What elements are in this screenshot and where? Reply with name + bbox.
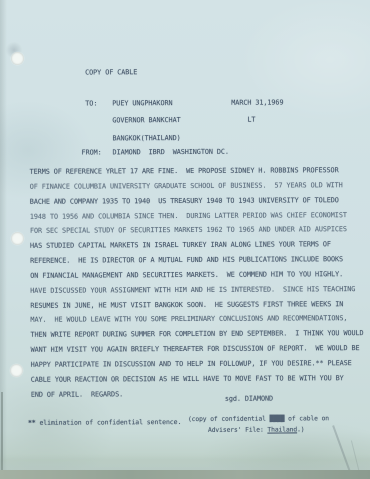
footnote-paren-line1: (copy of confidential ████ of cable on	[188, 415, 329, 424]
cable-body-line: OF FINANCE COLUMBIA UNIVERSITY GRADUATE …	[30, 178, 363, 195]
cable-body: TERMS OF REFERENCE YRLET 17 ARE FINE. WE…	[30, 163, 364, 402]
to-address-line: BANGKOK(THAILAND)	[112, 130, 180, 148]
cable-body-line: 1948 TO 1956 AND COLUMBIA SINCE THEN. DU…	[30, 208, 363, 225]
signature: sgd. DIAMOND	[225, 395, 273, 403]
footnote-close-paren: .)	[297, 426, 304, 433]
footnote-note: elimination of confidential sentence.	[36, 418, 182, 427]
from-value: DIAMOND IBRD WASHINGTON DC.	[113, 148, 229, 157]
cable-body-line: CABLE YOUR REACTION OR DECISION AS HE WI…	[31, 371, 364, 388]
cable-body-line: RESUMES IN JUNE, HE MUST VISIT BANGKOK S…	[30, 297, 363, 314]
footnote-marker: **	[28, 419, 36, 427]
cable-body-line: FOR SEC SPECIAL STUDY OF SECURITIES MARK…	[30, 222, 363, 239]
cable-body-line: HAVE DISCUSSED YOUR ASSIGNMENT WITH HIM …	[30, 282, 363, 299]
from-label: FROM:	[82, 148, 102, 156]
cable-body-line: ON FINANCIAL MANAGEMENT AND SECURITIES M…	[30, 267, 363, 284]
cable-body-line: MAY. HE WOULD LEAVE WITH YOU SOME PRELIM…	[30, 312, 363, 329]
to-label: TO:	[85, 99, 97, 107]
cable-body-line: HAS STUDIED CAPITAL MARKETS IN ISRAEL TU…	[30, 237, 363, 254]
cable-body-line: WANT HIM VISIT YOU AGAIN BRIEFLY THEREAF…	[31, 341, 364, 358]
advisers-file-country: Thailand	[267, 426, 297, 433]
struck-out-word: ████	[270, 415, 285, 422]
document-title: COPY OF CABLE	[85, 68, 137, 76]
cable-document-page: COPY OF CABLE TO: PUEY UNGPHAKORNGOVERNO…	[0, 0, 370, 479]
advisers-file-label: Advisers' File:	[208, 427, 267, 434]
cable-body-line: REFERENCE. HE IS DIRECTOR OF A MUTUAL FU…	[30, 252, 363, 269]
cable-date: MARCH 31,1969	[231, 98, 283, 106]
to-address-line: GOVERNOR BANKCHAT	[112, 112, 180, 130]
typewritten-content: COPY OF CABLE TO: PUEY UNGPHAKORNGOVERNO…	[0, 0, 370, 479]
cable-body-line: END OF APRIL. REGARDS.	[31, 386, 364, 403]
to-address-line: PUEY UNGPHAKORN	[112, 95, 180, 113]
cable-body-line: THEN WRITE REPORT DURING SUMMER FOR COMP…	[30, 326, 363, 343]
to-address-lines: PUEY UNGPHAKORNGOVERNOR BANKCHATBANGKOK(…	[112, 95, 180, 148]
cable-body-line: HAPPY PARTICIPATE IN DISCUSSION AND TO H…	[31, 356, 364, 373]
cable-body-line: BACHE AND COMPANY 1935 TO 1940 US TREASU…	[30, 193, 363, 210]
footnote-paren-line2: Advisers' File: Thailand.)	[208, 426, 305, 435]
footnote-paren-pre: (copy of confidential	[188, 416, 270, 423]
footnote-paren-post: of cable on	[284, 415, 329, 422]
cable-body-line: TERMS OF REFERENCE YRLET 17 ARE FINE. WE…	[30, 163, 363, 180]
footnote-left: ** elimination of confidential sentence.	[28, 418, 181, 427]
service-indicator: LT	[247, 116, 255, 124]
